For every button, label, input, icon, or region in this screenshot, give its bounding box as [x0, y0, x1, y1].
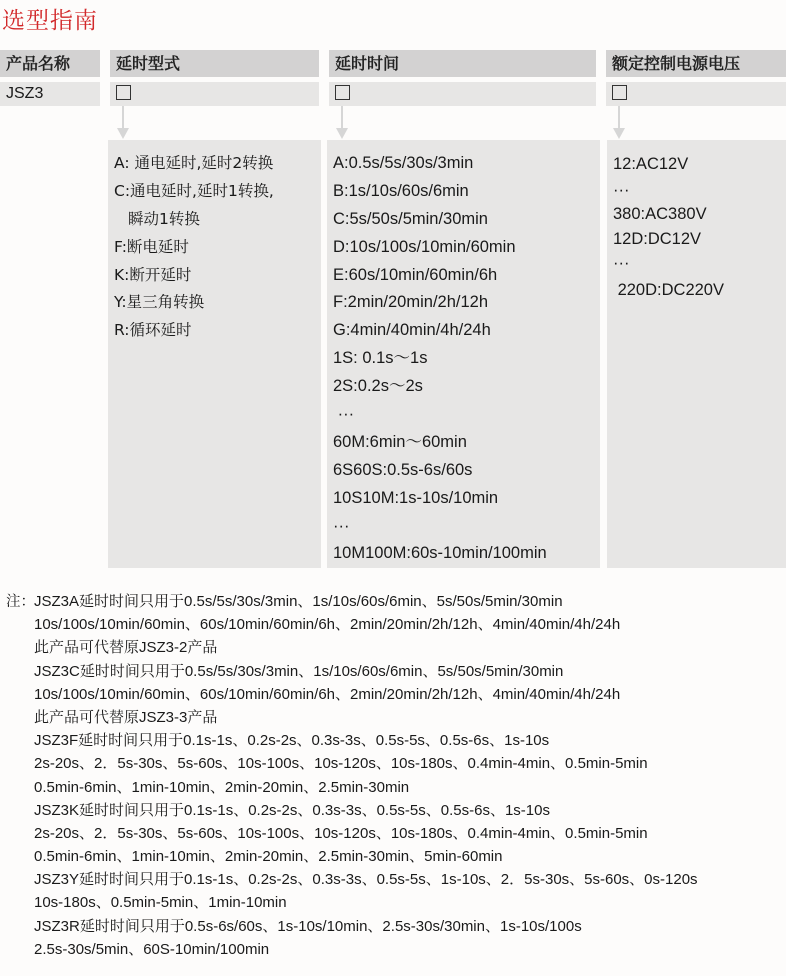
voltage-option: 12:AC12V: [613, 150, 786, 178]
delay-time-option: F:2min/20min/2h/12h: [333, 289, 600, 317]
header-control-voltage: 额定控制电源电压: [606, 50, 786, 77]
voltage-placeholder-box: [612, 85, 627, 100]
voltage-option: 380:AC380V: [613, 202, 786, 227]
note-line: JSZ3K延时时间只用于0.1s-1s、0.2s-2s、0.3s-3s、0.5s…: [34, 802, 550, 819]
note-line: 10s/100s/10min/60min、60s/10min/60min/6h、…: [34, 616, 620, 633]
note-line: 2.5s-30s/5min、60S-10min/100min: [34, 941, 269, 958]
delay-type-placeholder-box: [116, 85, 131, 100]
delay-time-option: A:0.5s/5s/30s/3min: [333, 150, 600, 178]
notes-label: 注：: [6, 591, 34, 614]
note-line: 此产品可代替原JSZ3-3产品: [34, 709, 217, 726]
note-line: 0.5min-6min、1min-10min、2min-20min、2.5min…: [34, 779, 409, 796]
voltage-cell: [606, 82, 786, 106]
note-line: JSZ3R延时时间只用于0.5s-6s/60s、1s-10s/10min、2.5…: [34, 918, 582, 935]
page-title: 选型指南: [2, 2, 98, 35]
note-line: 2s-20s、2．5s-30s、5s-60s、10s-100s、10s-120s…: [34, 825, 648, 842]
delay-type-option: F:断电延时: [114, 234, 321, 262]
note-line: JSZ3A延时时间只用于0.5s/5s/30s/3min、1s/10s/60s/…: [34, 593, 563, 610]
note-line: 10s-180s、0.5min-5min、1min-10min: [34, 894, 287, 911]
delay-time-option: C:5s/50s/5min/30min: [333, 206, 600, 234]
delay-time-placeholder-box: [335, 85, 350, 100]
ellipsis: ···: [333, 401, 600, 429]
voltage-option: 12D:DC12V: [613, 227, 786, 251]
delay-type-cell: [110, 82, 319, 106]
note-line: 此产品可代替原JSZ3-2产品: [34, 639, 217, 656]
delay-type-option-continued: 瞬动1转换: [114, 206, 321, 234]
delay-time-option: 1S: 0.1s～1s: [333, 345, 600, 373]
voltage-options: 12:AC12V ··· 380:AC380V 12D:DC12V ··· 22…: [607, 140, 786, 568]
note-line: 2s-20s、2．5s-30s、5s-60s、10s-100s、10s-120s…: [34, 755, 648, 772]
arrow-down-icon: [117, 106, 129, 140]
delay-time-option: B:1s/10s/60s/6min: [333, 178, 600, 206]
header-product-name: 产品名称: [0, 50, 100, 77]
note-line: JSZ3Y延时时间只用于0.1s-1s、0.2s-2s、0.3s-3s、0.5s…: [34, 871, 698, 888]
delay-type-option: R:循环延时: [114, 317, 321, 345]
note-line: 0.5min-6min、1min-10min、2min-20min、2.5min…: [34, 848, 503, 865]
arrow-down-icon: [613, 106, 625, 140]
note-line: JSZ3F延时时间只用于0.1s-1s、0.2s-2s、0.3s-3s、0.5s…: [34, 732, 549, 749]
delay-time-option: 10S10M:1s-10s/10min: [333, 485, 600, 513]
product-name-cell: JSZ3: [0, 82, 100, 106]
notes-section: 注：JSZ3A延时时间只用于0.5s/5s/30s/3min、1s/10s/60…: [6, 590, 698, 961]
delay-type-option: Y:星三角转换: [114, 289, 321, 317]
ellipsis: ···: [613, 178, 786, 202]
delay-time-options: A:0.5s/5s/30s/3min B:1s/10s/60s/6min C:5…: [327, 140, 600, 568]
ellipsis: ···: [613, 251, 786, 275]
delay-time-option: 60M:6min～60min: [333, 429, 600, 457]
delay-time-option: D:10s/100s/10min/60min: [333, 234, 600, 262]
voltage-option: 220D:DC220V: [613, 275, 786, 305]
header-delay-time: 延时时间: [329, 50, 596, 77]
product-name: JSZ3: [6, 85, 43, 102]
delay-type-option: C:通电延时,延时1转换,: [114, 178, 321, 206]
arrow-down-icon: [336, 106, 348, 140]
ellipsis: ···: [333, 513, 600, 541]
delay-time-option: E:60s/10min/60min/6h: [333, 262, 600, 290]
delay-time-option: 6S60S:0.5s-6s/60s: [333, 457, 600, 485]
delay-time-option: 10M100M:60s-10min/100min: [333, 540, 600, 568]
delay-time-option: 2S:0.2s～2s: [333, 373, 600, 401]
note-line: 10s/100s/10min/60min、60s/10min/60min/6h、…: [34, 686, 620, 703]
delay-type-option: A: 通电延时,延时2转换: [114, 150, 321, 178]
delay-type-options: A: 通电延时,延时2转换 C:通电延时,延时1转换, 瞬动1转换 F:断电延时…: [108, 140, 321, 568]
delay-time-cell: [329, 82, 596, 106]
note-line: JSZ3C延时时间只用于0.5s/5s/30s/3min、1s/10s/60s/…: [34, 663, 563, 680]
delay-type-option: K:断开延时: [114, 262, 321, 290]
header-delay-type: 延时型式: [110, 50, 319, 77]
delay-time-option: G:4min/40min/4h/24h: [333, 317, 600, 345]
